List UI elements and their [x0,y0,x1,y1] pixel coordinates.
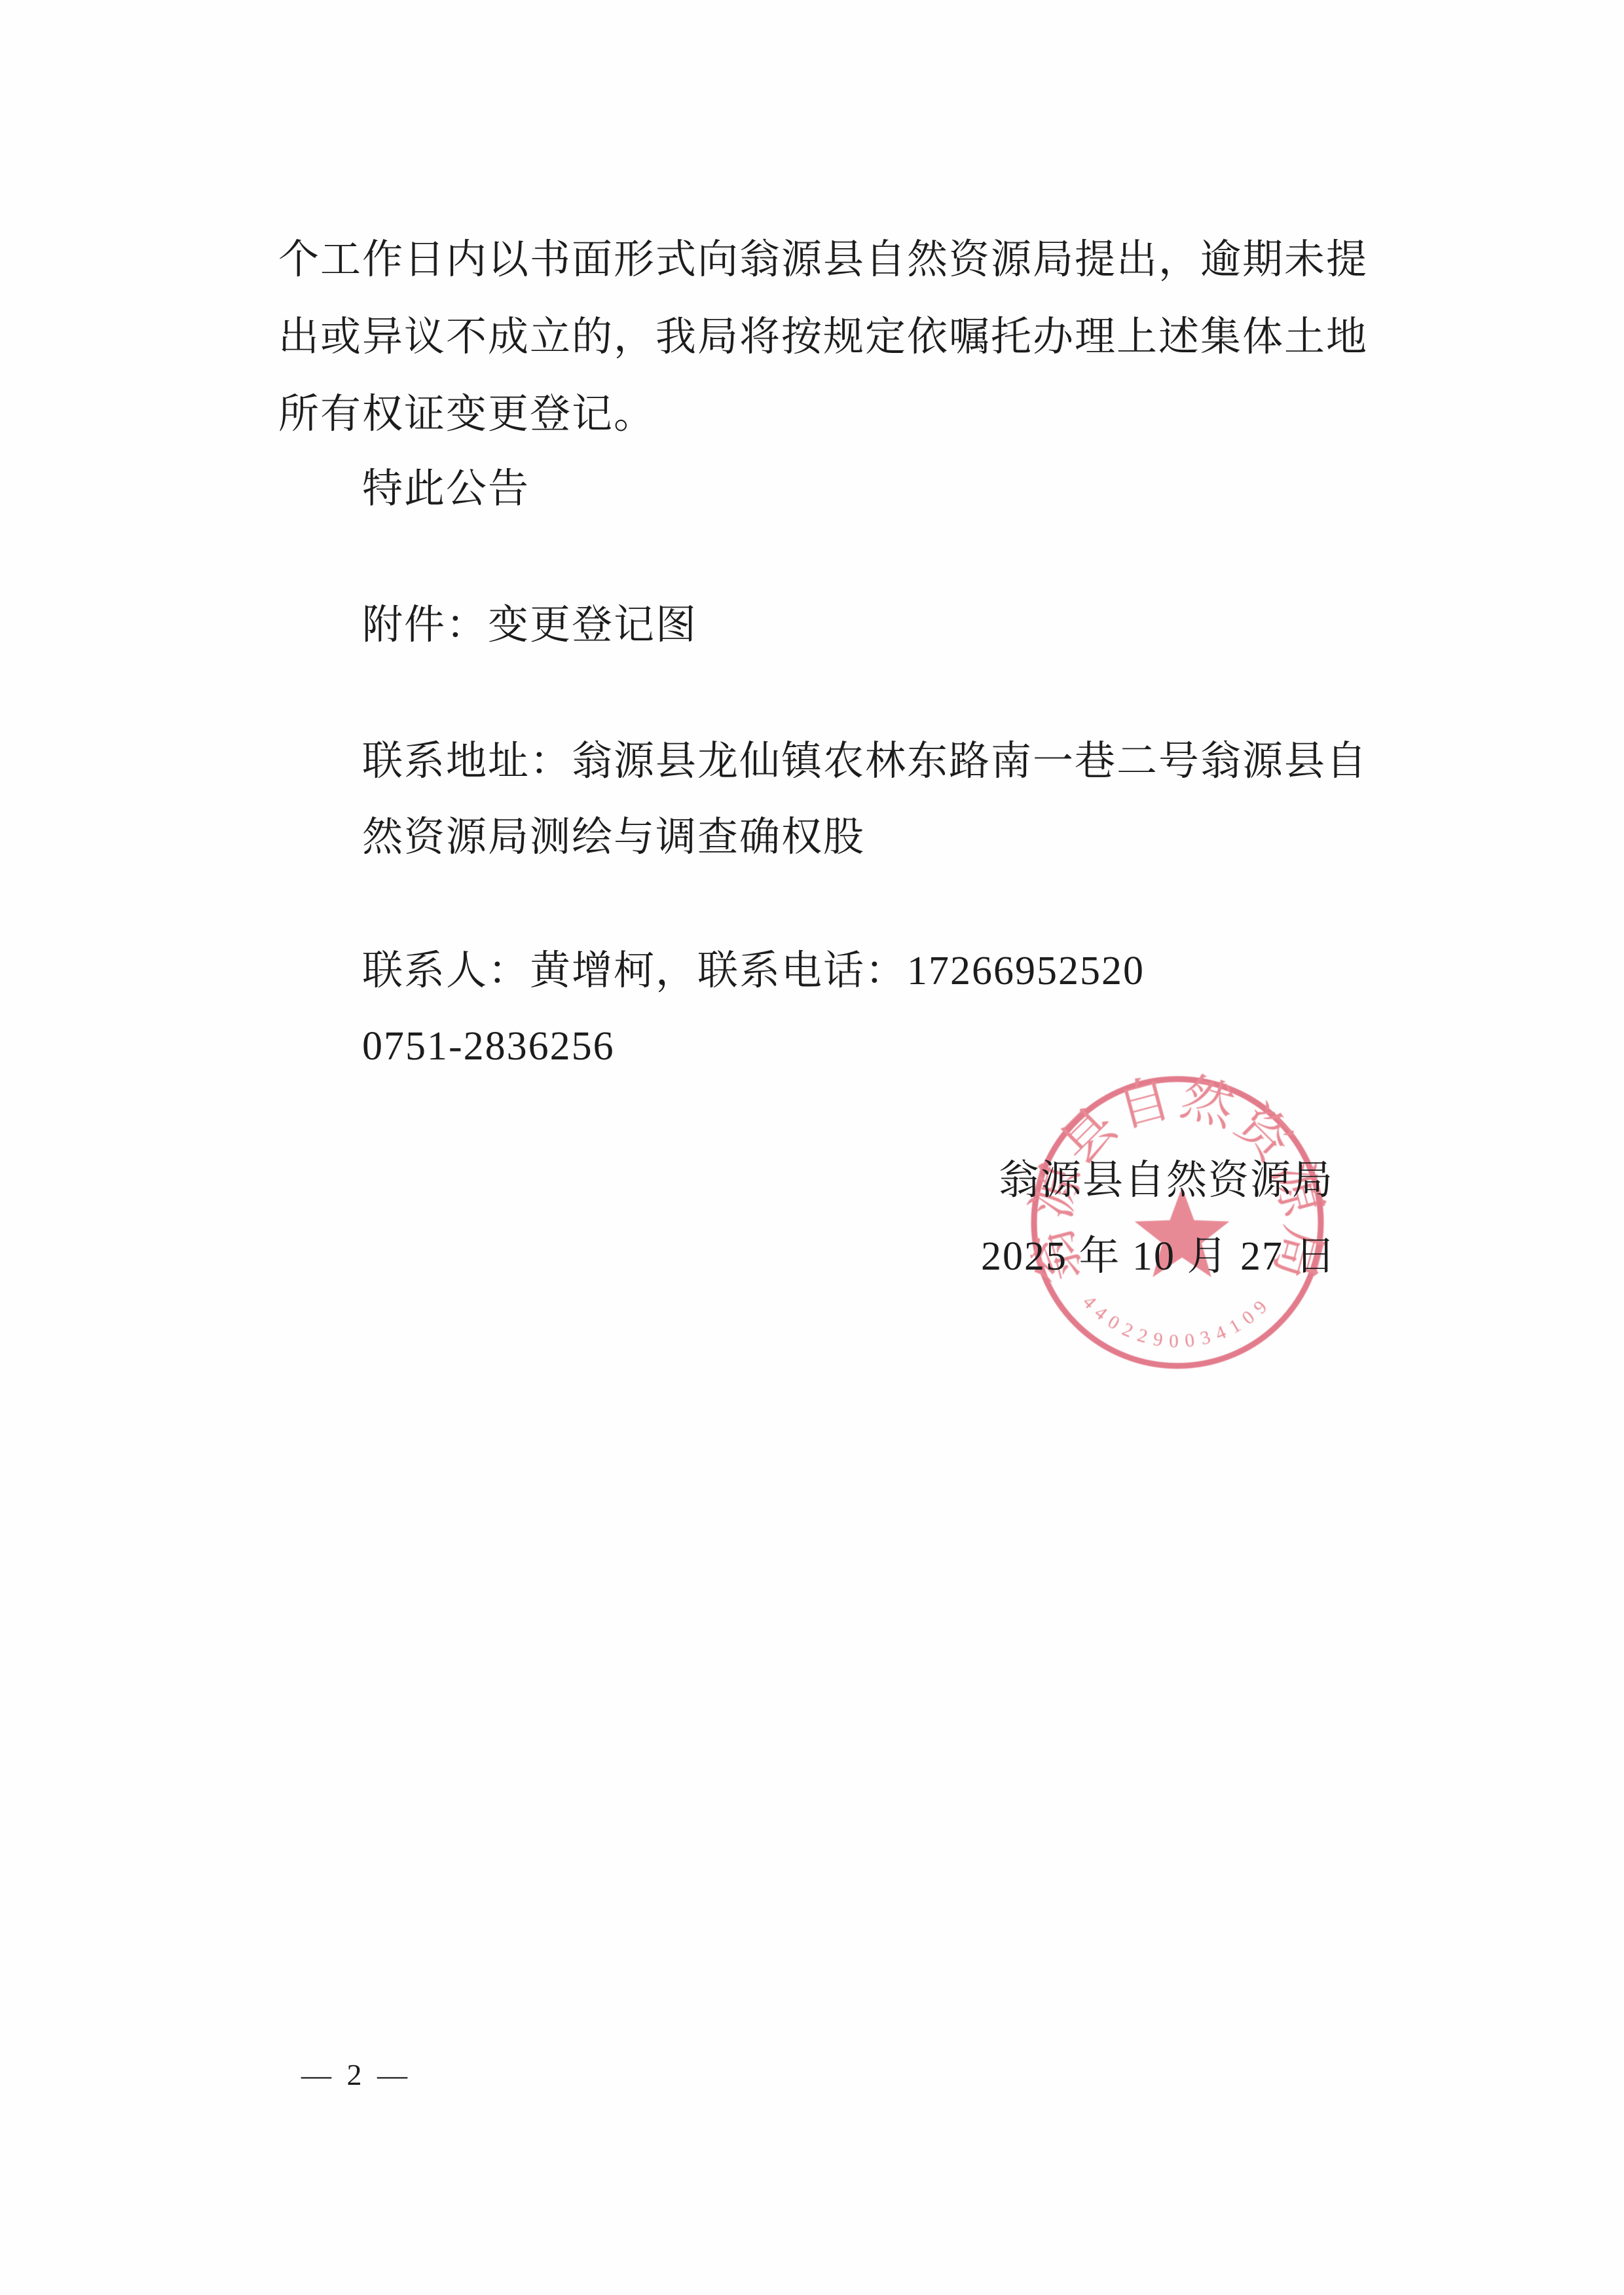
body-line: 所有权证变更登记。 [278,394,655,435]
body-line: 出或异议不成立的，我局将按规定依嘱托办理上述集体土地 [278,317,1368,358]
document-page: 个工作日内以书面形式向翁源县自然资源局提出，逾期未提 出或异议不成立的，我局将按… [0,0,1624,2295]
contact-address-line: 然资源局测绘与调查确权股 [362,817,865,858]
body-line: 个工作日内以书面形式向翁源县自然资源局提出，逾期未提 [278,240,1368,280]
attachment-reference: 附件：变更登记图 [362,605,697,646]
seal-code: 4402290034109 [1079,1291,1276,1351]
contact-person-line: 联系人：黄增柯，联系电话：17266952520 [362,951,1145,991]
contact-address-line: 联系地址：翁源县龙仙镇农林东路南一巷二号翁源县自 [362,741,1368,782]
signature-date: 2025 年 10 月 27 日 [981,1236,1337,1277]
page-number: — 2 — [301,2060,411,2090]
signature-agency-name: 翁源县自然资源局 [999,1160,1334,1201]
contact-phone-line: 0751-2836256 [362,1026,615,1067]
official-seal: 翁源县自然资源局 4402290034109 [1027,1072,1328,1373]
closing-statement: 特此公告 [362,469,530,509]
